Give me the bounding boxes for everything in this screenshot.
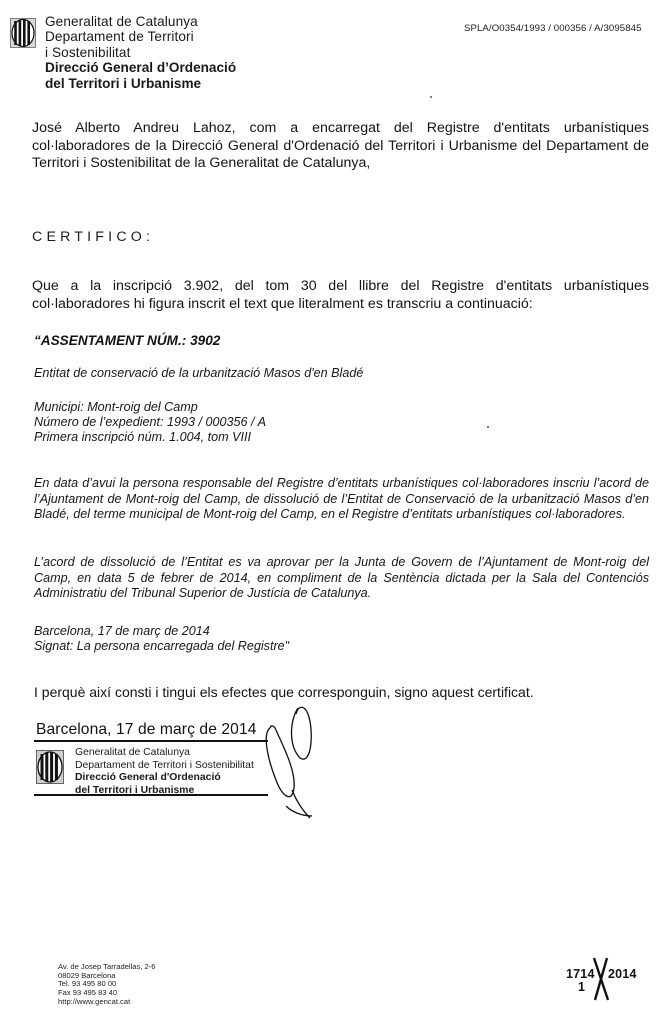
logo-1714-text: 1714 <box>566 967 595 981</box>
entry-detail-municipality: Municipi: Mont-roig del Camp <box>34 400 266 415</box>
closing-statement: I perquè així consti i tingui els efecte… <box>34 684 534 700</box>
stamp-line-1: Generalitat de Catalunya <box>75 747 254 760</box>
handwritten-signature-icon <box>262 700 332 820</box>
header-directorate-line-2: del Territori i Urbanisme <box>45 76 236 91</box>
header-org-line-3: i Sostenibilitat <box>45 45 236 60</box>
address-website[interactable]: http://www.gencat.cat <box>58 998 156 1007</box>
footer-address: Av. de Josep Tarradellas, 2-6 08029 Barc… <box>58 963 156 1007</box>
entry-signed: Signat: La persona encarregada del Regis… <box>34 639 289 654</box>
scan-speck <box>430 96 432 98</box>
tricentenary-1714-2014-logo-icon: 1714 1 2014 <box>566 956 646 1002</box>
statement-paragraph: Que a la inscripció 3.902, del tom 30 de… <box>32 278 649 313</box>
entry-place-date: Barcelona, 17 de març de 2014 <box>34 624 289 639</box>
document-reference: SPLA/O0354/1993 / 000356 / A/3095845 <box>464 23 642 34</box>
stamp-bottom-rule <box>34 794 268 796</box>
stamp-date: Barcelona, 17 de març de 2014 <box>36 721 257 739</box>
entry-detail-file-number: Número de l’expedient: 1993 / 000356 / A <box>34 415 266 430</box>
stamp-text: Generalitat de Catalunya Departament de … <box>75 747 254 797</box>
entry-details: Municipi: Mont-roig del Camp Número de l… <box>34 400 266 445</box>
logo-2014-text: 2014 <box>608 967 637 981</box>
stamp-line-3: Direcció General d'Ordenació <box>75 772 254 785</box>
intro-paragraph: José Alberto Andreu Lahoz, com a encarre… <box>32 120 649 173</box>
entry-detail-first-inscription: Primera inscripció núm. 1.004, tom VIII <box>34 430 266 445</box>
stamp-line-2: Departament de Territori i Sostenibilita… <box>75 760 254 773</box>
stamp-top-rule <box>34 740 268 742</box>
entry-paragraph-2: L’acord de dissolució de l’Entitat es va… <box>34 555 649 602</box>
catalan-crest-icon <box>36 750 64 784</box>
logo-1-text: 1 <box>578 980 585 994</box>
entry-title: “ASSENTAMENT NÚM.: 3902 <box>34 333 220 348</box>
entry-entity: Entitat de conservació de la urbanitzaci… <box>34 366 363 381</box>
header-org-line-1: Generalitat de Catalunya <box>45 14 236 29</box>
certifico-heading: CERTIFICO: <box>32 229 154 245</box>
catalan-crest-icon <box>10 18 36 48</box>
entry-paragraph-1: En data d’avui la persona responsable de… <box>34 476 649 523</box>
header-directorate-line-1: Direcció General d’Ordenació <box>45 60 236 75</box>
scan-speck <box>487 426 489 428</box>
issuer-header: Generalitat de Catalunya Departament de … <box>45 14 236 91</box>
header-org-line-2: Departament de Territori <box>45 29 236 44</box>
entry-signoff: Barcelona, 17 de març de 2014 Signat: La… <box>34 624 289 654</box>
